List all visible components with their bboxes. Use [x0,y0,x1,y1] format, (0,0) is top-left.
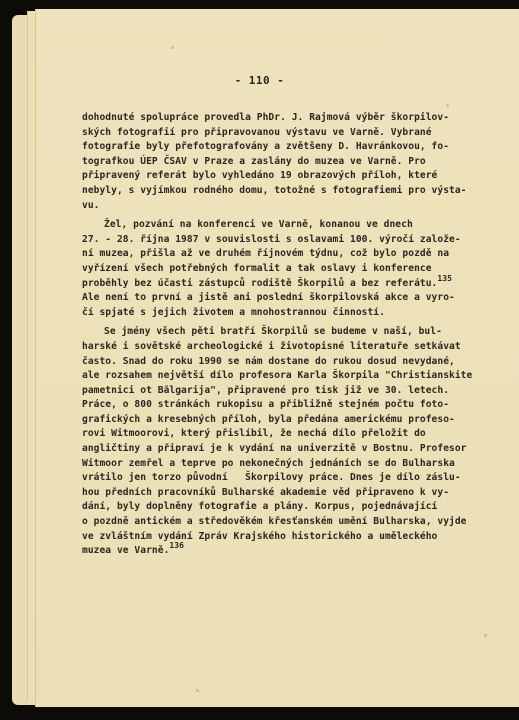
text-line: dohodnuté spolupráce provedla PhDr. J. R… [82,111,482,126]
page-number: - 110 - [0,74,519,87]
text-line: ských fotografií pro připravovanou výsta… [82,126,482,141]
typewritten-body: dohodnuté spolupráce provedla PhDr. J. R… [82,111,482,559]
text-line: pametnici ot Bălgarija", připravené pro … [82,384,482,399]
text-line: Ale není to první a jistě ani poslední š… [82,291,482,306]
text-line: vrátilo jen torzo původní Škorpilovy prá… [82,471,482,486]
paper-speck [171,46,174,49]
text-line: rovi Witmoorovi, který přislíbil, že nec… [82,427,482,442]
paragraph: Se jmény všech pěti bratří Škorpilů se b… [82,325,482,559]
text-line: dání, byly doplněny fotografie a plány. … [82,500,482,515]
text-line: ale rozsahem největší dílo profesora Kar… [82,369,482,384]
text-line: vu. [82,199,482,214]
text-line: Žel, pozvání na konferenci ve Varně, kon… [82,218,482,233]
footnote-marker: 135 [437,274,452,283]
paragraph: Žel, pozvání na konferenci ve Varně, kon… [82,218,482,320]
text-line: čí spjaté s jejich životem a mnohostrann… [82,306,482,321]
text-line: harské i sovětské archeologické i životo… [82,340,482,355]
text-line: fotografie byly přefotografovány a zvětš… [82,140,482,155]
paper-speck [446,104,449,107]
text-line: o pozdně antickém a středověkém křesťans… [82,515,482,530]
text-line: Se jmény všech pěti bratří Škorpilů se b… [82,325,482,340]
text-line: muzea ve Varně.136 [82,544,482,559]
text-line: tografkou ÚEP ČSAV v Praze a zaslány do … [82,155,482,170]
text-line: Witmoor zemřel a teprve po nekonečných j… [82,457,482,472]
text-line: grafických a kresebných příloh, byla pře… [82,413,482,428]
text-line: připravený referát bylo vyhledáno 19 obr… [82,169,482,184]
paragraph: dohodnuté spolupráce provedla PhDr. J. R… [82,111,482,213]
text-line: hou předních pracovníků Bulharské akadem… [82,486,482,501]
text-line: proběhly bez účasti zástupců rodiště Ško… [82,277,482,292]
text-line: Práce, o 800 stránkách rukopisu a přibli… [82,398,482,413]
paper-speck [484,634,487,637]
text-line: ve zvláštním vydání Zpráv Krajského hist… [82,530,482,545]
text-line: nebyly, s vyjímkou rodného domu, totožné… [82,184,482,199]
text-line: angličtiny a připraví je k vydání na uni… [82,442,482,457]
footnote-marker: 136 [169,541,184,550]
text-line: vyřízení všech potřebných formalit a tak… [82,262,482,277]
text-line: 27. - 28. října 1987 v souvislosti s osl… [82,233,482,248]
text-line: ní muzea, přišla až ve druhém říjnovém t… [82,247,482,262]
paper-speck [196,689,199,692]
text-line: často. Snad do roku 1990 se nám dostane … [82,355,482,370]
